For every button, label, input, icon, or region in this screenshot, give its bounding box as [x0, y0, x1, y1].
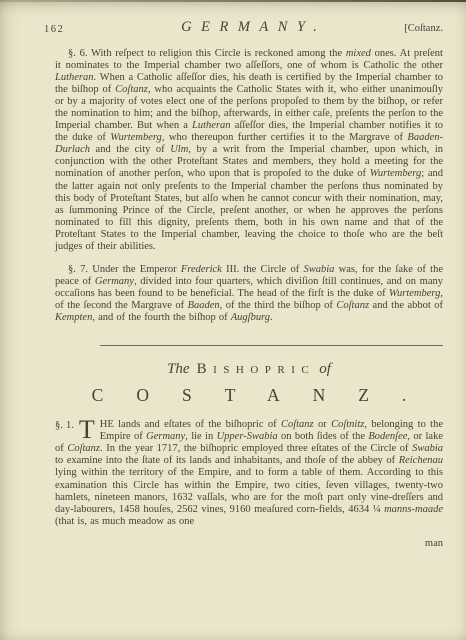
section-1-label: §. 1. [55, 420, 74, 432]
paragraph-section-6: §. 6. With reſpect to religion this Circ… [55, 48, 443, 254]
paragraph-section-1: §. 1.THE lands and eſtates of the biſhop… [55, 419, 443, 528]
chapter-heading-line1: TheBishopricof [55, 361, 443, 378]
heading-word-of: of [319, 361, 331, 377]
catchword: man [55, 538, 443, 550]
section-1-opener: §. 1.T [55, 419, 95, 443]
chapter-heading: TheBishopricof COSTANZ. [55, 361, 443, 406]
heading-chapter-name: COSTANZ. [92, 385, 440, 406]
running-header: 162 GERMANY. [Coſtanz. [55, 19, 443, 37]
running-title: GERMANY. [55, 19, 443, 36]
heading-word-bishopric: Bishopric [197, 361, 316, 377]
dropcap-letter: T [79, 419, 95, 441]
chapter-heading-line2: COSTANZ. [55, 385, 443, 406]
section-divider [100, 345, 443, 346]
paragraph-section-7: §. 7. Under the Emperor Frederick III. t… [55, 264, 443, 324]
section-catch-title: [Coſtanz. [404, 23, 443, 34]
heading-word-the: The [167, 361, 190, 377]
section-1-text: HE lands and eſtates of the biſhopric of… [55, 419, 443, 527]
book-page: 162 GERMANY. [Coſtanz. §. 6. With reſpec… [0, 0, 466, 551]
